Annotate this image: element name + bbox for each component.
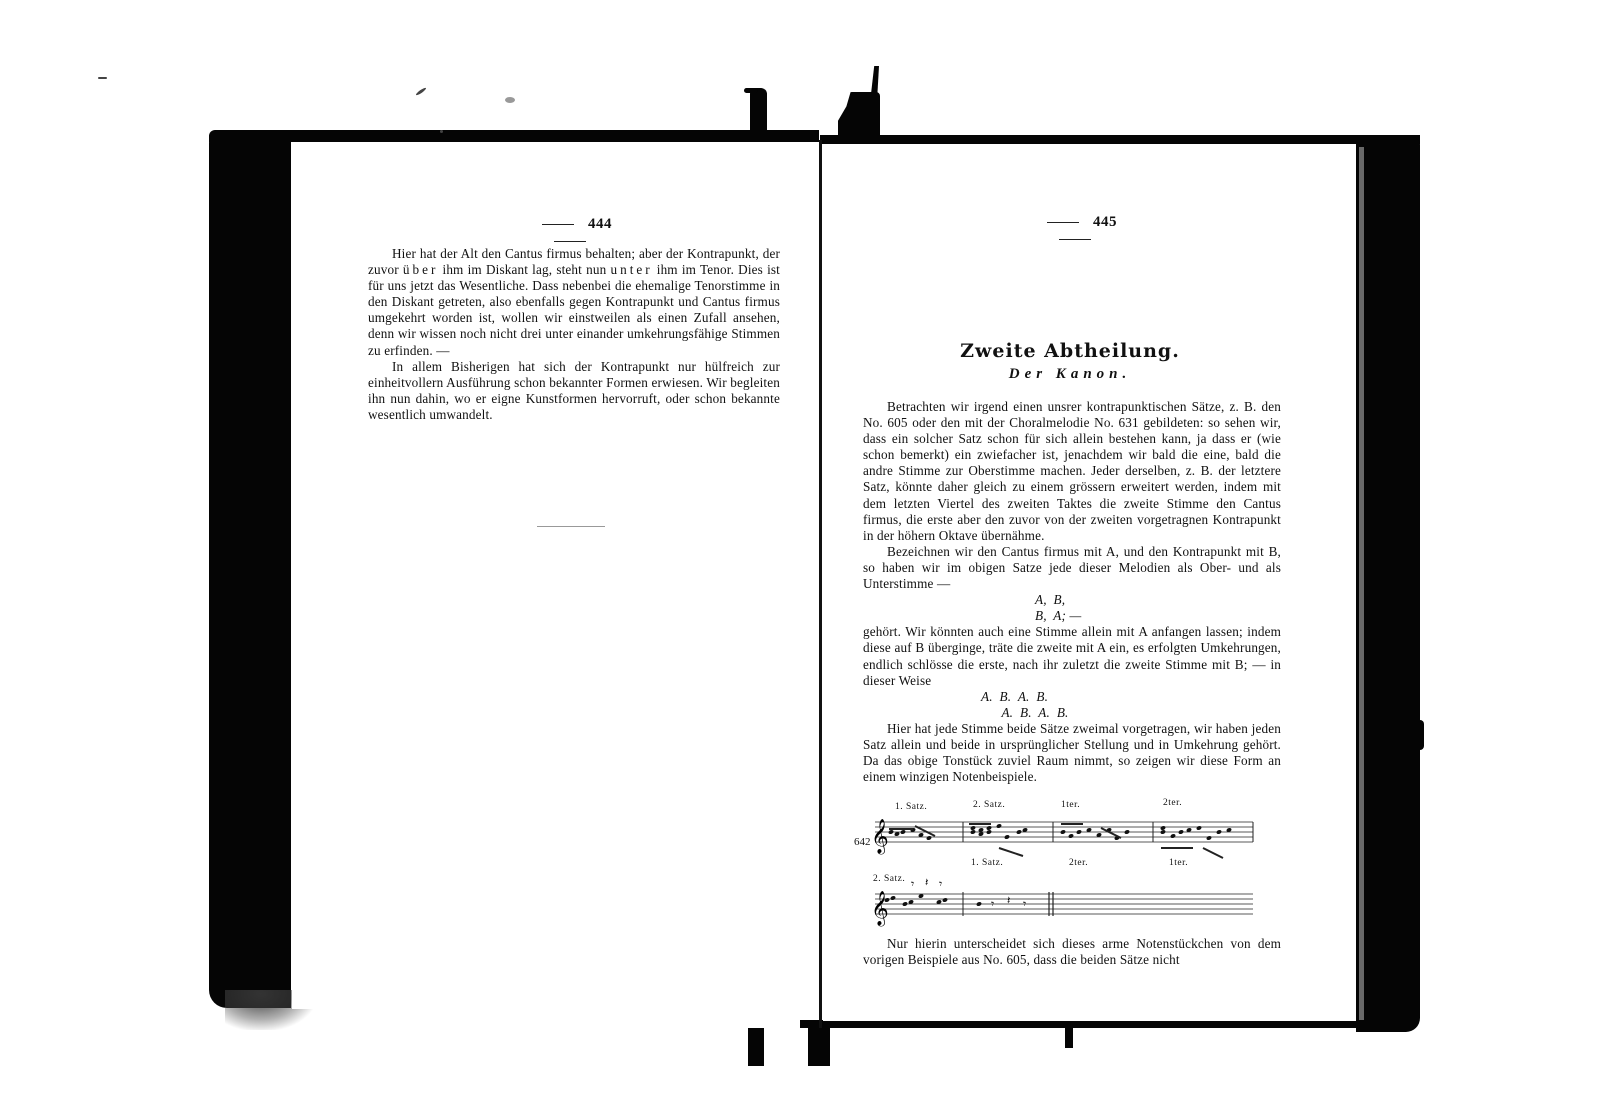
page-tab-bottom-2 xyxy=(808,1028,830,1066)
svg-text:𝄾: 𝄾 xyxy=(939,877,942,891)
scan-speck xyxy=(98,77,107,79)
book-edge-bottom xyxy=(800,1020,1400,1028)
music-example: 642 1. Satz. 2. Satz. 1ter. 2ter. 1. Sat… xyxy=(863,808,1283,928)
page-tab-top-1-cap xyxy=(744,88,758,93)
folio-dash xyxy=(1047,222,1079,224)
scan-speck xyxy=(505,97,515,103)
book-edge-right-highlight xyxy=(1359,147,1364,1027)
emphasis: unter xyxy=(611,262,653,277)
scheme-line: A. B. A. B. xyxy=(981,705,1281,721)
book-edge-top-left xyxy=(209,130,819,142)
folio-dash xyxy=(1059,239,1091,241)
paragraph: gehört. Wir könnten auch eine Stimme all… xyxy=(863,624,1281,688)
folio-dash xyxy=(542,224,574,226)
svg-text:𝄾: 𝄾 xyxy=(991,897,994,911)
paragraph: Nur hierin unterscheidet sich dieses arm… xyxy=(863,936,1281,968)
music-staff-drawing: 𝄞𝄞𝄾𝄽𝄾𝄾𝄽𝄾 xyxy=(863,808,1283,933)
svg-text:𝄽: 𝄽 xyxy=(925,876,928,889)
page-number: 444 xyxy=(588,216,612,232)
right-page-body: Betrachten wir irgend einen unsrer kontr… xyxy=(863,399,1281,785)
left-page-body: Hier hat der Alt den Cantus firmus behal… xyxy=(368,246,780,423)
svg-text:𝄾: 𝄾 xyxy=(1023,897,1026,911)
page-tab-bottom-3 xyxy=(1065,1028,1073,1048)
emphasis: über xyxy=(403,262,438,277)
book-edge-right xyxy=(1356,137,1420,1032)
folio-left: 444 xyxy=(505,216,635,250)
section-subheading: Der Kanon. xyxy=(900,366,1240,383)
svg-text:𝄞: 𝄞 xyxy=(871,891,889,927)
svg-text:𝄽: 𝄽 xyxy=(1007,894,1010,907)
scan-speck xyxy=(440,130,443,133)
page-tab-top-2 xyxy=(838,92,880,140)
scheme-line: A. B. A. B. xyxy=(981,689,1281,705)
voice-scheme-2: A. B. A. B. A. B. A. B. xyxy=(863,689,1281,721)
music-label: 2ter. xyxy=(1163,798,1182,808)
paragraph: Hier hat der Alt den Cantus firmus behal… xyxy=(368,246,780,359)
book-spine xyxy=(819,140,822,1030)
paragraph: Hier hat jede Stimme beide Sätze zweimal… xyxy=(863,721,1281,785)
page-tab-top-2-tip xyxy=(871,66,879,94)
paragraph: In allem Bisherigen hat sich der Kontrap… xyxy=(368,359,780,423)
section-end-rule xyxy=(537,526,605,527)
book-edge-left xyxy=(209,135,291,1008)
svg-text:𝄾: 𝄾 xyxy=(911,877,914,891)
section-heading: Zweite Abtheilung. xyxy=(900,340,1240,362)
page-tab-top-1 xyxy=(750,88,767,138)
folio-dash xyxy=(554,241,586,243)
paragraph: Bezeichnen wir den Cantus firmus mit A, … xyxy=(863,544,1281,592)
page-tab-right xyxy=(1419,720,1424,750)
voice-scheme-1: A, B, B, A; — xyxy=(863,592,1281,624)
page-number: 445 xyxy=(1093,214,1117,230)
book-edge-top-right xyxy=(820,135,1420,144)
paragraph: Betrachten wir irgend einen unsrer kontr… xyxy=(863,399,1281,544)
right-page-body-continued: Nur hierin unterscheidet sich dieses arm… xyxy=(863,936,1281,968)
scheme-line: B, A; — xyxy=(1035,608,1281,624)
scheme-line: A, B, xyxy=(1035,592,1281,608)
page-tab-bottom-1 xyxy=(748,1028,764,1066)
folio-right: 445 xyxy=(1010,214,1140,248)
svg-text:𝄞: 𝄞 xyxy=(871,819,889,855)
scan-speck xyxy=(415,87,427,96)
